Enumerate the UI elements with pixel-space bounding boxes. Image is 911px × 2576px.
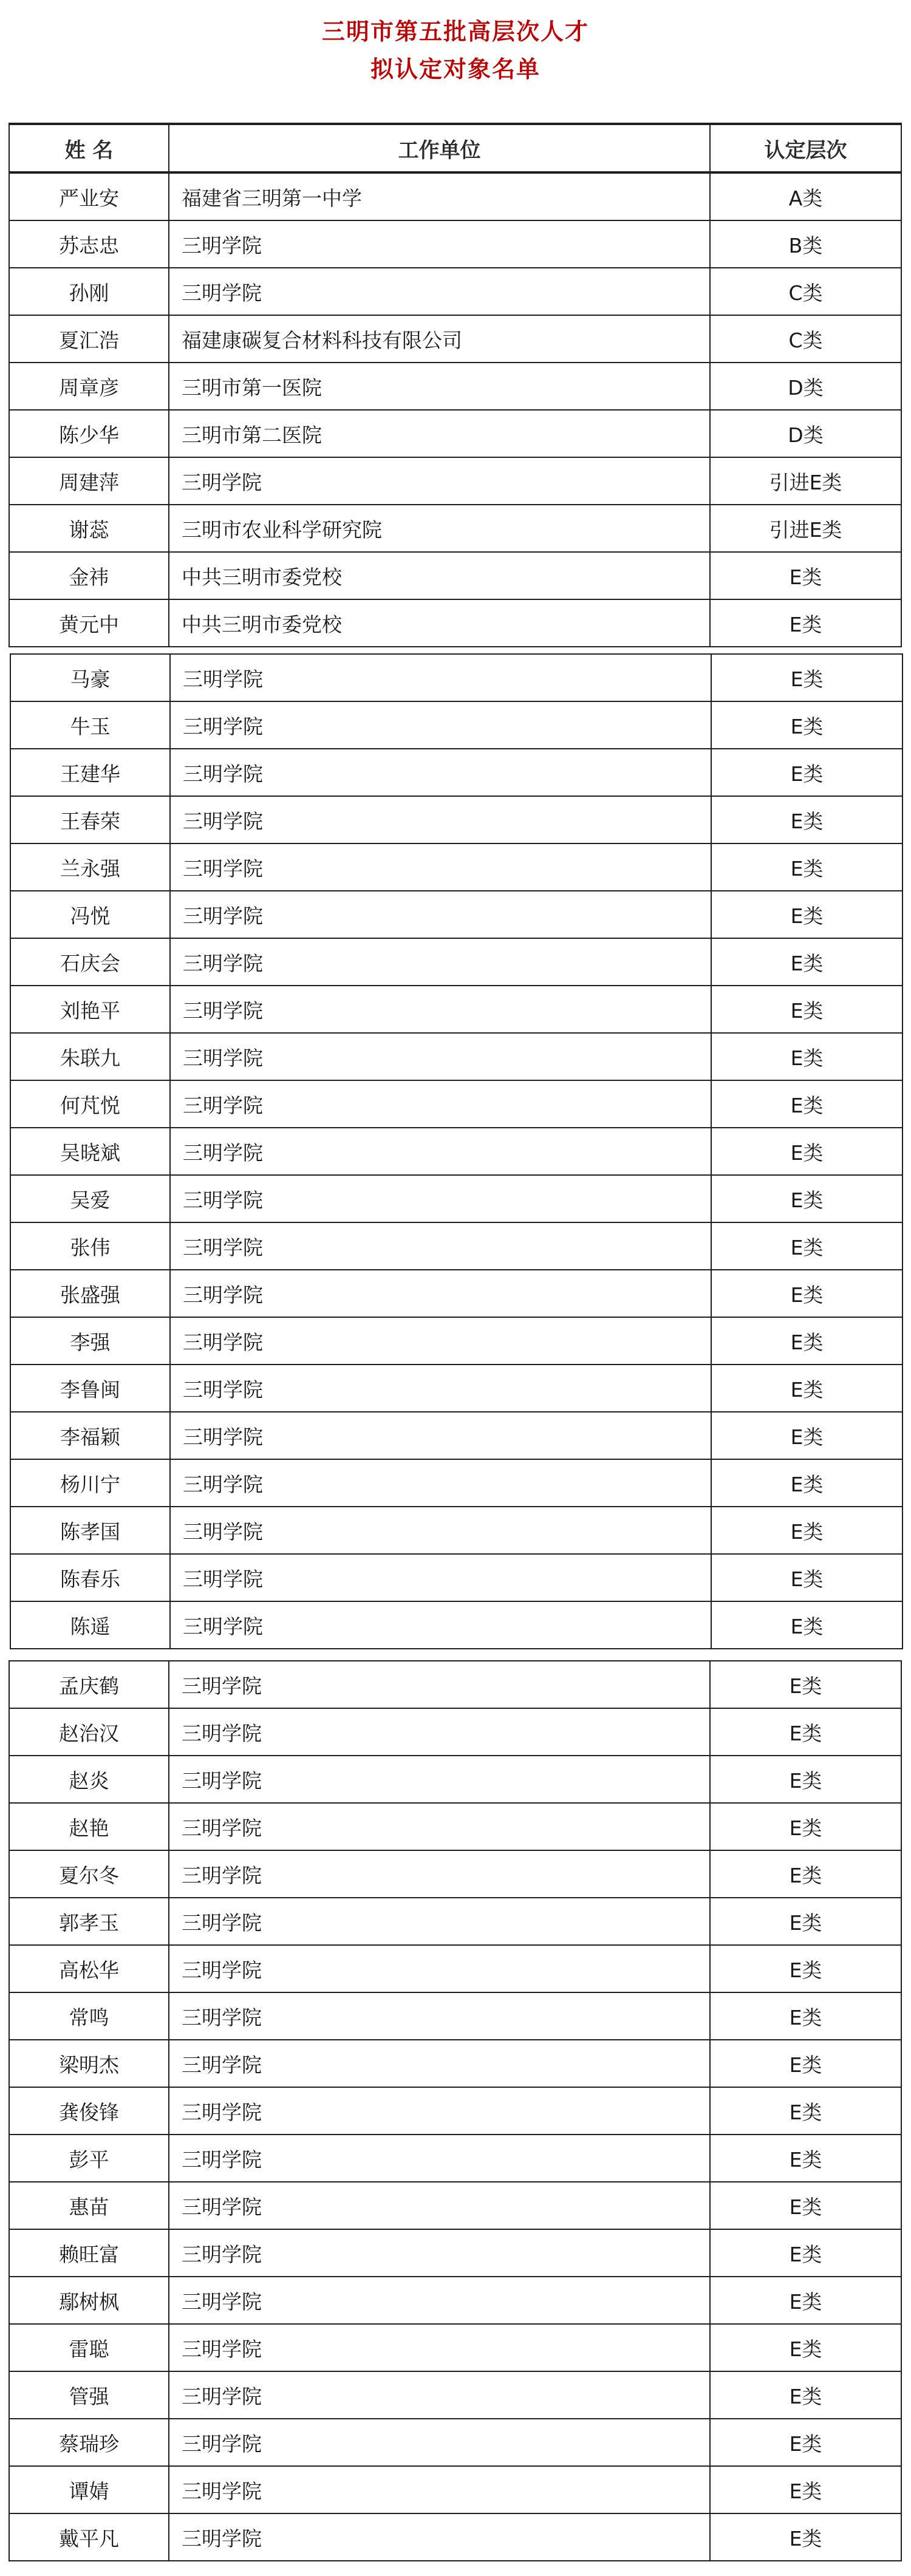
- cell-unit: 三明学院: [169, 1803, 710, 1850]
- cell-name: 管强: [9, 2371, 169, 2419]
- cell-name: 夏汇浩: [9, 315, 169, 363]
- document-title: 三明市第五批高层次人才: [0, 19, 911, 44]
- cell-level: E类: [710, 1756, 901, 1803]
- table-header-row: 姓 名 工作单位 认定层次: [9, 124, 901, 172]
- cell-unit: 三明学院: [169, 2419, 710, 2466]
- table-row: 周建萍三明学院引进E类: [9, 457, 901, 505]
- cell-name: 鄢树枫: [9, 2277, 169, 2324]
- table-row: 赖旺富三明学院E类: [9, 2229, 901, 2277]
- table-row: 赵艳三明学院E类: [9, 1803, 901, 1850]
- cell-level: E类: [711, 986, 902, 1033]
- table-row: 常鸣三明学院E类: [9, 1992, 901, 2040]
- cell-level: E类: [711, 1175, 902, 1222]
- cell-unit: 三明市第一医院: [169, 363, 710, 410]
- cell-level: E类: [711, 1554, 902, 1601]
- cell-unit: 三明学院: [170, 1175, 711, 1222]
- cell-unit: 三明学院: [170, 1554, 711, 1601]
- cell-level: D类: [710, 410, 901, 457]
- cell-name: 李鲁闽: [10, 1365, 170, 1412]
- cell-name: 戴平凡: [9, 2513, 169, 2561]
- table-row: 孙刚三明学院C类: [9, 268, 901, 315]
- table-row: 兰永强三明学院E类: [10, 843, 902, 891]
- cell-level: 引进E类: [710, 457, 901, 505]
- table-row: 谢蕊三明市农业科学研究院引进E类: [9, 505, 901, 552]
- cell-name: 雷聪: [9, 2324, 169, 2371]
- table-row: 严业安福建省三明第一中学A类: [9, 172, 901, 220]
- table-row: 孟庆鹤三明学院E类: [9, 1661, 901, 1708]
- cell-unit: 三明学院: [169, 1898, 710, 1945]
- cell-unit: 三明学院: [170, 1128, 711, 1175]
- cell-unit: 三明学院: [170, 1080, 711, 1128]
- cell-name: 杨川宁: [10, 1459, 170, 1507]
- cell-name: 孙刚: [9, 268, 169, 315]
- cell-unit: 三明学院: [170, 796, 711, 843]
- cell-unit: 三明学院: [169, 268, 710, 315]
- cell-unit: 三明学院: [169, 2087, 710, 2135]
- cell-name: 苏志忠: [9, 220, 169, 268]
- cell-level: E类: [710, 2229, 901, 2277]
- table-row: 梁明杰三明学院E类: [9, 2040, 901, 2087]
- cell-unit: 三明学院: [170, 1222, 711, 1270]
- cell-unit: 三明学院: [170, 1601, 711, 1649]
- cell-unit: 三明学院: [169, 2466, 710, 2513]
- table-row: 金祎中共三明市委党校E类: [9, 552, 901, 599]
- cell-unit: 三明学院: [169, 2277, 710, 2324]
- cell-name: 彭平: [9, 2135, 169, 2182]
- table-row: 高松华三明学院E类: [9, 1945, 901, 1992]
- cell-unit: 中共三明市委党校: [169, 552, 710, 599]
- cell-level: D类: [710, 363, 901, 410]
- cell-name: 冯悦: [10, 891, 170, 938]
- table-row: 陈少华三明市第二医院D类: [9, 410, 901, 457]
- cell-unit: 三明学院: [169, 2513, 710, 2561]
- cell-level: B类: [710, 220, 901, 268]
- cell-name: 吴爱: [10, 1175, 170, 1222]
- cell-level: C类: [710, 315, 901, 363]
- cell-unit: 三明学院: [169, 1992, 710, 2040]
- cell-level: E类: [710, 2040, 901, 2087]
- cell-level: 引进E类: [710, 505, 901, 552]
- table-row: 戴平凡三明学院E类: [9, 2513, 901, 2561]
- document-subtitle: 拟认定对象名单: [0, 57, 911, 81]
- cell-level: E类: [711, 1270, 902, 1317]
- cell-level: E类: [710, 1898, 901, 1945]
- cell-name: 刘艳平: [10, 986, 170, 1033]
- cell-name: 夏尔冬: [9, 1850, 169, 1898]
- cell-level: E类: [710, 1708, 901, 1756]
- cell-level: E类: [711, 1601, 902, 1649]
- talent-list-table-part-1: 姓 名 工作单位 认定层次 严业安福建省三明第一中学A类苏志忠三明学院B类孙刚三…: [9, 123, 902, 647]
- cell-name: 蔡瑞珍: [9, 2419, 169, 2466]
- table-row: 陈春乐三明学院E类: [10, 1554, 902, 1601]
- cell-level: E类: [711, 1412, 902, 1459]
- cell-level: E类: [711, 1222, 902, 1270]
- table-row: 石庆会三明学院E类: [10, 938, 902, 986]
- cell-level: E类: [711, 796, 902, 843]
- cell-unit: 三明学院: [169, 2135, 710, 2182]
- table-row: 夏汇浩福建康碳复合材料科技有限公司C类: [9, 315, 901, 363]
- cell-unit: 福建省三明第一中学: [169, 172, 710, 220]
- cell-name: 陈春乐: [10, 1554, 170, 1601]
- cell-level: E类: [710, 2182, 901, 2229]
- cell-unit: 三明学院: [169, 2040, 710, 2087]
- cell-name: 郭孝玉: [9, 1898, 169, 1945]
- cell-name: 陈遥: [10, 1601, 170, 1649]
- column-header-unit: 工作单位: [169, 124, 710, 172]
- cell-name: 严业安: [9, 172, 169, 220]
- cell-name: 谭婧: [9, 2466, 169, 2513]
- table-row: 雷聪三明学院E类: [9, 2324, 901, 2371]
- cell-unit: 三明学院: [169, 1708, 710, 1756]
- cell-name: 赖旺富: [9, 2229, 169, 2277]
- column-header-name: 姓 名: [9, 124, 169, 172]
- cell-level: E类: [711, 1080, 902, 1128]
- cell-name: 高松华: [9, 1945, 169, 1992]
- cell-level: C类: [710, 268, 901, 315]
- table-row: 杨川宁三明学院E类: [10, 1459, 902, 1507]
- table-row: 龚俊锋三明学院E类: [9, 2087, 901, 2135]
- cell-unit: 三明学院: [170, 938, 711, 986]
- cell-name: 吴晓斌: [10, 1128, 170, 1175]
- cell-unit: 三明学院: [170, 1033, 711, 1080]
- cell-name: 牛玉: [10, 701, 170, 749]
- cell-level: E类: [711, 1128, 902, 1175]
- cell-unit: 三明学院: [169, 2229, 710, 2277]
- table-row: 何芃悦三明学院E类: [10, 1080, 902, 1128]
- table-row: 李鲁闽三明学院E类: [10, 1365, 902, 1412]
- cell-unit: 三明学院: [170, 1507, 711, 1554]
- cell-name: 惠苗: [9, 2182, 169, 2229]
- cell-name: 陈孝国: [10, 1507, 170, 1554]
- cell-name: 兰永强: [10, 843, 170, 891]
- cell-name: 龚俊锋: [9, 2087, 169, 2135]
- cell-unit: 三明学院: [169, 1661, 710, 1708]
- table-row: 李强三明学院E类: [10, 1317, 902, 1365]
- table-row: 惠苗三明学院E类: [9, 2182, 901, 2229]
- table-row: 周章彦三明市第一医院D类: [9, 363, 901, 410]
- table-row: 王建华三明学院E类: [10, 749, 902, 796]
- cell-unit: 福建康碳复合材料科技有限公司: [169, 315, 710, 363]
- table-row: 郭孝玉三明学院E类: [9, 1898, 901, 1945]
- cell-level: E类: [710, 2419, 901, 2466]
- cell-level: E类: [711, 654, 902, 701]
- cell-unit: 三明学院: [170, 843, 711, 891]
- table-row: 王春荣三明学院E类: [10, 796, 902, 843]
- cell-level: E类: [710, 2135, 901, 2182]
- cell-unit: 三明市第二医院: [169, 410, 710, 457]
- talent-list-table-part-2: 马豪三明学院E类牛玉三明学院E类王建华三明学院E类王春荣三明学院E类兰永强三明学…: [10, 653, 903, 1649]
- table-row: 吴晓斌三明学院E类: [10, 1128, 902, 1175]
- cell-name: 马豪: [10, 654, 170, 701]
- cell-name: 张伟: [10, 1222, 170, 1270]
- cell-name: 孟庆鹤: [9, 1661, 169, 1708]
- table-row: 彭平三明学院E类: [9, 2135, 901, 2182]
- cell-name: 张盛强: [10, 1270, 170, 1317]
- table-row: 黄元中中共三明市委党校E类: [9, 599, 901, 647]
- cell-name: 黄元中: [9, 599, 169, 647]
- cell-name: 石庆会: [10, 938, 170, 986]
- cell-level: E类: [711, 1365, 902, 1412]
- table-row: 赵炎三明学院E类: [9, 1756, 901, 1803]
- cell-level: E类: [711, 843, 902, 891]
- cell-unit: 中共三明市委党校: [169, 599, 710, 647]
- cell-name: 金祎: [9, 552, 169, 599]
- table-row: 朱联九三明学院E类: [10, 1033, 902, 1080]
- cell-unit: 三明学院: [169, 2371, 710, 2419]
- cell-unit: 三明学院: [170, 1317, 711, 1365]
- cell-level: E类: [711, 1507, 902, 1554]
- table-row: 李福颖三明学院E类: [10, 1412, 902, 1459]
- column-header-level: 认定层次: [710, 124, 901, 172]
- cell-name: 赵艳: [9, 1803, 169, 1850]
- cell-name: 梁明杰: [9, 2040, 169, 2087]
- cell-level: E类: [710, 599, 901, 647]
- cell-unit: 三明学院: [170, 1459, 711, 1507]
- cell-level: E类: [711, 1459, 902, 1507]
- cell-level: E类: [710, 1850, 901, 1898]
- cell-unit: 三明学院: [169, 220, 710, 268]
- cell-level: E类: [710, 2466, 901, 2513]
- cell-unit: 三明市农业科学研究院: [169, 505, 710, 552]
- table-row: 谭婧三明学院E类: [9, 2466, 901, 2513]
- cell-unit: 三明学院: [170, 1270, 711, 1317]
- cell-name: 李强: [10, 1317, 170, 1365]
- cell-name: 李福颖: [10, 1412, 170, 1459]
- cell-level: E类: [711, 1317, 902, 1365]
- cell-level: E类: [710, 1945, 901, 1992]
- cell-level: E类: [710, 552, 901, 599]
- table-row: 冯悦三明学院E类: [10, 891, 902, 938]
- table-row: 张伟三明学院E类: [10, 1222, 902, 1270]
- cell-unit: 三明学院: [170, 701, 711, 749]
- cell-name: 赵炎: [9, 1756, 169, 1803]
- cell-level: A类: [710, 172, 901, 220]
- cell-level: E类: [710, 1992, 901, 2040]
- cell-level: E类: [711, 749, 902, 796]
- table-row: 蔡瑞珍三明学院E类: [9, 2419, 901, 2466]
- cell-name: 常鸣: [9, 1992, 169, 2040]
- table-row: 苏志忠三明学院B类: [9, 220, 901, 268]
- table-row: 张盛强三明学院E类: [10, 1270, 902, 1317]
- cell-name: 周章彦: [9, 363, 169, 410]
- cell-level: E类: [711, 938, 902, 986]
- table-row: 鄢树枫三明学院E类: [9, 2277, 901, 2324]
- table-row: 陈孝国三明学院E类: [10, 1507, 902, 1554]
- cell-level: E类: [710, 2277, 901, 2324]
- cell-name: 朱联九: [10, 1033, 170, 1080]
- table-row: 陈遥三明学院E类: [10, 1601, 902, 1649]
- cell-name: 谢蕊: [9, 505, 169, 552]
- cell-unit: 三明学院: [170, 1412, 711, 1459]
- cell-unit: 三明学院: [170, 749, 711, 796]
- table-row: 牛玉三明学院E类: [10, 701, 902, 749]
- cell-name: 陈少华: [9, 410, 169, 457]
- table-row: 吴爱三明学院E类: [10, 1175, 902, 1222]
- table-row: 夏尔冬三明学院E类: [9, 1850, 901, 1898]
- talent-list-table-part-3: 孟庆鹤三明学院E类赵治汉三明学院E类赵炎三明学院E类赵艳三明学院E类夏尔冬三明学…: [9, 1660, 902, 2561]
- cell-unit: 三明学院: [169, 2324, 710, 2371]
- cell-unit: 三明学院: [169, 1756, 710, 1803]
- cell-level: E类: [711, 1033, 902, 1080]
- cell-level: E类: [710, 1661, 901, 1708]
- cell-level: E类: [710, 2371, 901, 2419]
- cell-level: E类: [710, 2513, 901, 2561]
- cell-unit: 三明学院: [170, 654, 711, 701]
- cell-name: 周建萍: [9, 457, 169, 505]
- cell-unit: 三明学院: [170, 986, 711, 1033]
- cell-unit: 三明学院: [170, 891, 711, 938]
- cell-name: 赵治汉: [9, 1708, 169, 1756]
- cell-level: E类: [710, 2324, 901, 2371]
- cell-unit: 三明学院: [169, 2182, 710, 2229]
- table-row: 马豪三明学院E类: [10, 654, 902, 701]
- cell-level: E类: [710, 1803, 901, 1850]
- cell-level: E类: [710, 2087, 901, 2135]
- cell-level: E类: [711, 891, 902, 938]
- cell-unit: 三明学院: [170, 1365, 711, 1412]
- cell-unit: 三明学院: [169, 457, 710, 505]
- table-row: 刘艳平三明学院E类: [10, 986, 902, 1033]
- cell-level: E类: [711, 701, 902, 749]
- cell-name: 王春荣: [10, 796, 170, 843]
- cell-name: 何芃悦: [10, 1080, 170, 1128]
- table-row: 赵治汉三明学院E类: [9, 1708, 901, 1756]
- cell-unit: 三明学院: [169, 1945, 710, 1992]
- table-row: 管强三明学院E类: [9, 2371, 901, 2419]
- cell-unit: 三明学院: [169, 1850, 710, 1898]
- cell-name: 王建华: [10, 749, 170, 796]
